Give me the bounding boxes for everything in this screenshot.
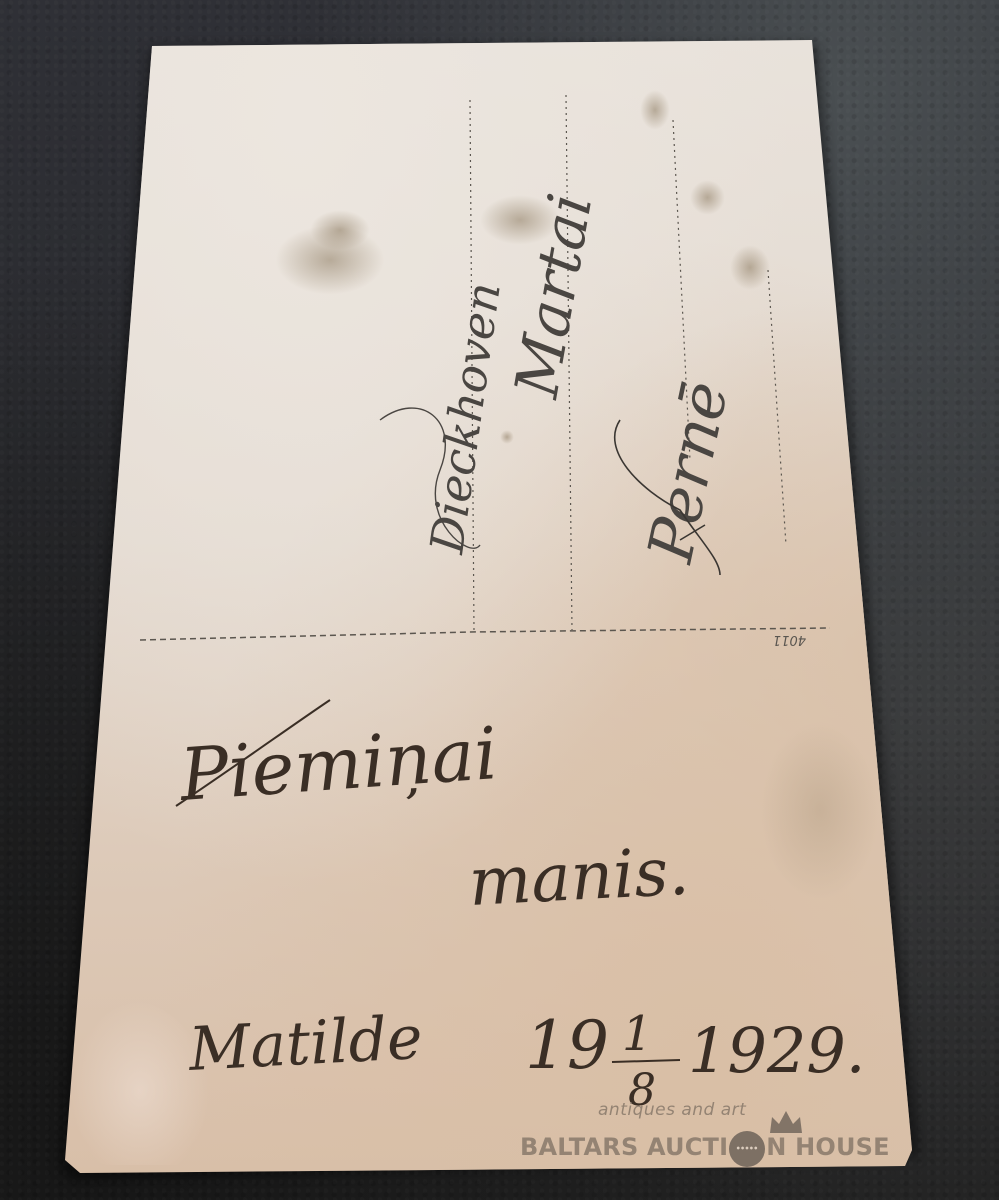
handwriting-layer: 4011 Dieckhoven Martai Pernē Piemiņai ma… [0, 0, 999, 1200]
watermark-brand-part-1: BALTARS AUCTI [520, 1133, 728, 1161]
date-year: 1929. [688, 1014, 866, 1087]
address-line-2: Martai [502, 189, 607, 404]
address-line-3: Pernē [633, 375, 742, 569]
watermark-brand-part-2: N HOUSE [766, 1133, 890, 1161]
watermark-tagline: antiques and art [598, 1100, 746, 1120]
date-day: 19 [525, 1007, 609, 1084]
printed-number: 4011 [773, 632, 806, 647]
message-line-2: manis. [467, 833, 691, 921]
watermark-brand: BALTARS AUCTI N HOUSE [520, 1129, 890, 1165]
photo-scene: 4011 Dieckhoven Martai Pernē Piemiņai ma… [0, 0, 999, 1200]
message-line-1: Piemiņai [175, 711, 500, 817]
watermark: antiques and art BALTARS AUCTI N HOUSE [520, 1100, 920, 1172]
dashed-divider [140, 628, 830, 640]
date-numerator: 1 [622, 1006, 653, 1062]
signature: Matilde [186, 1003, 424, 1085]
address-line-1: Dieckhoven [419, 279, 511, 557]
orb-icon [729, 1131, 765, 1167]
